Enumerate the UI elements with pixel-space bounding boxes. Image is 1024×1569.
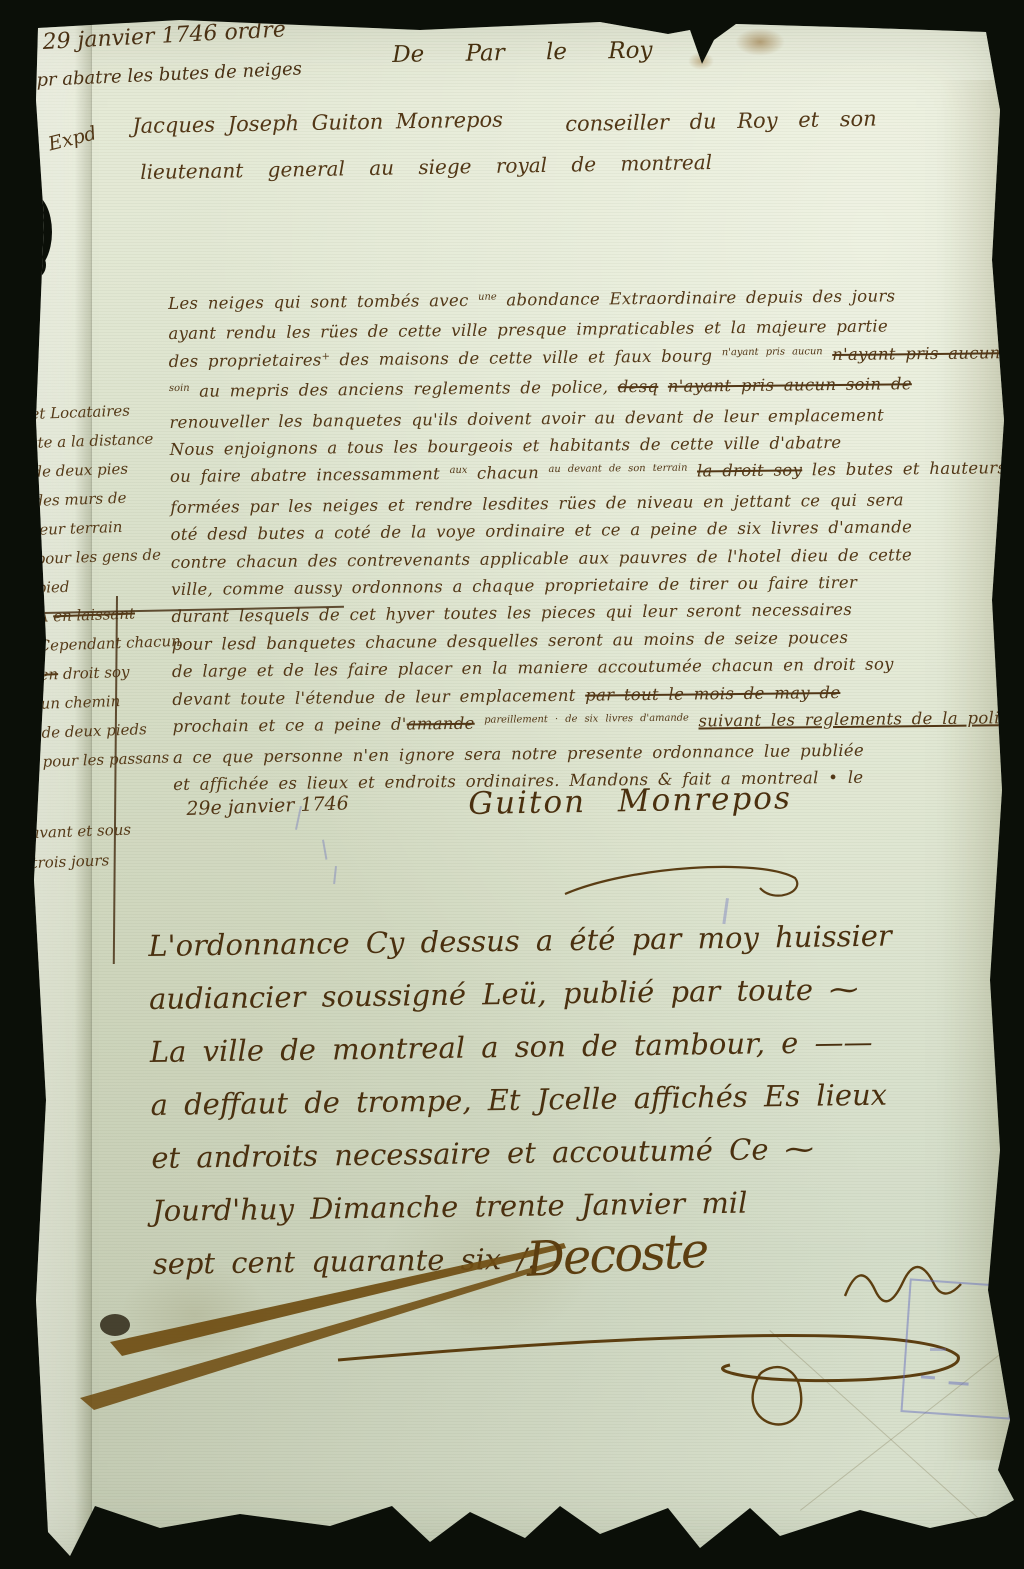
- text-segment: des maisons de cette ville et faux bourg: [330, 346, 722, 369]
- text-segment: et: [1019, 708, 1024, 727]
- text-segment: pied: [36, 578, 69, 597]
- interlinear-insertion: n'ayant pris aucun: [722, 346, 823, 358]
- text-segment: et androits necessaire et accoutumé Ce ⁓: [151, 1132, 814, 1175]
- text-segment: a deffaut de trompe, Et Jcelle affichés …: [150, 1078, 887, 1122]
- ordinance-body: Les neiges qui sont tombés avec une abon…: [168, 281, 1018, 798]
- paper-damage: [24, 252, 46, 278]
- text-line: avant et sous: [30, 814, 132, 847]
- text-segment: ayant rendu les rües de cette ville pres…: [168, 317, 888, 344]
- paper-stain: [735, 28, 785, 56]
- paper-damage: [4, 924, 36, 988]
- text-segment: avant et sous: [30, 820, 131, 841]
- stamp-mark: [930, 1348, 946, 1351]
- text-segment: A: [37, 607, 53, 626]
- signature-flourish: [560, 852, 820, 912]
- text-segment: contre chacun des contrevenants applicab…: [171, 545, 912, 572]
- text-segment: [823, 345, 833, 364]
- closing-date: 29e janvier 1746: [186, 792, 349, 820]
- struck-text: par tout le mois de may de: [585, 683, 840, 705]
- text-segment: [475, 714, 485, 733]
- ink-showthrough: [333, 866, 337, 884]
- text-segment: des murs de: [33, 489, 127, 510]
- text-segment: renouveller les banquetes qu'ils doivent…: [169, 405, 884, 431]
- margin-annotations-delay: avant et soustrois jours: [30, 814, 133, 877]
- interlinear-insertion: +: [322, 351, 330, 362]
- text-segment: un chemin: [40, 692, 120, 713]
- ink-showthrough: [322, 840, 327, 860]
- interlinear-insertion: pareillement · de six livres d'amande: [484, 713, 689, 726]
- struck-text: en laissant: [53, 604, 135, 625]
- text-segment: a ce que personne n'en ignore sera notre…: [173, 740, 864, 766]
- text-line: Cependant chacun: [38, 627, 181, 661]
- text-segment: abondance Extraordinaire depuis des jour…: [497, 286, 896, 309]
- interlinear-insertion: une: [478, 291, 497, 302]
- scanned-document: 29 janvier 1746 ordre pr abatre les bute…: [0, 0, 1024, 1569]
- text-line: tte a la distance: [31, 424, 174, 458]
- text-segment: les butes et hauteurs: [802, 459, 1006, 480]
- text-segment: au mepris des anciens reglements de poli…: [189, 378, 617, 401]
- text-segment: suivant les reglements de la police: [698, 708, 1019, 730]
- text-segment: prochain et ce a peine d': [172, 715, 406, 736]
- text-segment: ville, comme aussy ordonnons a chaque pr…: [171, 573, 857, 599]
- magistrate-name: Jacques Joseph Guiton Monrepos: [132, 108, 503, 138]
- text-segment: de deux pieds: [41, 720, 147, 742]
- struck-text: n'ayant pris aucun soin de: [668, 374, 912, 396]
- struck-text: en: [39, 665, 58, 684]
- text-segment: formées par les neiges et rendre lesdite…: [170, 490, 904, 517]
- magistrate-title: conseiller du Roy et son: [565, 107, 877, 136]
- text-segment: oté desd butes a coté de la voye ordinai…: [170, 517, 912, 544]
- royal-header: De Par le Roy: [392, 37, 653, 68]
- struck-text: n'ayant pris aucun soin: [832, 343, 1024, 364]
- text-segment: [658, 377, 668, 396]
- text-segment: audiancier soussigné Leü, publié par tou…: [149, 972, 859, 1016]
- text-segment: Les neiges qui sont tombés avec: [168, 291, 478, 313]
- text-segment: pour les gens de: [35, 546, 161, 568]
- text-segment: de deux pies: [32, 460, 128, 481]
- magistrate-title-line2: lieutenant general au siege royal de mon…: [140, 150, 712, 184]
- docket-date-note: 29 janvier 1746 ordre: [42, 17, 286, 55]
- paper-damage: [12, 194, 52, 270]
- text-segment: L'ordonnance Cy dessus a été par moy hui…: [148, 919, 892, 963]
- ink-blot: [100, 1314, 130, 1336]
- archive-stamp: [900, 1278, 1019, 1419]
- margin-annotations: et Locatairestte a la distancede deux pi…: [30, 395, 185, 777]
- text-line: et androits necessaire et accoutumé Ce ⁓: [151, 1122, 895, 1185]
- text-segment: La ville de montreal a son de tambour, e…: [150, 1025, 873, 1069]
- text-segment: pour lesd banquetes chacune desquelles s…: [172, 628, 849, 654]
- bailiff-underline-flourish: [330, 1318, 990, 1468]
- text-segment: et Locataires: [30, 402, 130, 423]
- text-segment: Nous enjoignons a tous les bourgeois et …: [170, 433, 842, 459]
- text-line: trois jours: [31, 844, 133, 877]
- text-segment: droit soy: [58, 663, 130, 683]
- struck-text: desq: [618, 377, 659, 396]
- text-segment: durant lesquels de cet hyver toutes les …: [171, 600, 852, 626]
- text-segment: ou faire abatre incessamment: [170, 464, 450, 486]
- bailiff-signature: Decoste: [525, 1223, 709, 1288]
- struck-text: la droit soy: [697, 461, 802, 481]
- text-segment: tte a la distance: [31, 430, 153, 452]
- interlinear-insertion: soin: [169, 383, 190, 394]
- text-segment: de large et de les faire placer en la ma…: [172, 655, 894, 682]
- interlinear-insertion: aux: [449, 465, 467, 476]
- text-segment: chacun: [467, 463, 548, 483]
- text-line: pour les gens de: [35, 540, 178, 574]
- text-segment: devant toute l'étendue de leur emplaceme…: [172, 685, 585, 708]
- text-segment: leur terrain: [34, 518, 122, 539]
- interlinear-insertion: au devant de son terrain: [548, 463, 687, 475]
- manuscript-paper: 29 janvier 1746 ordre pr abatre les bute…: [0, 0, 1024, 1569]
- struck-text: amande: [407, 714, 475, 734]
- text-segment: pour les passans: [42, 748, 169, 770]
- text-segment: trois jours: [31, 851, 109, 872]
- text-segment: Jourd'huy Dimanche trente Janvier mil: [152, 1186, 748, 1228]
- text-segment: des proprietaires: [169, 350, 322, 371]
- text-segment: [689, 712, 699, 731]
- paper-stain: [688, 52, 714, 70]
- text-segment: [687, 462, 697, 481]
- magistrate-signature: Guiton Monrepos: [468, 780, 792, 822]
- text-segment: Cependant chacun: [38, 632, 181, 655]
